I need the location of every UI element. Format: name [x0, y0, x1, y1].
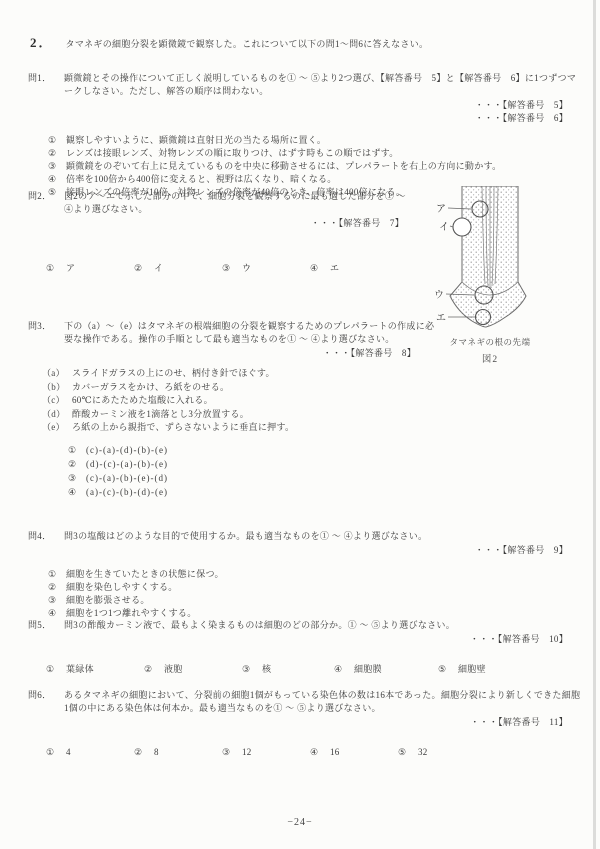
- section-intro: タマネギの細胞分裂を顕微鏡で観察した。これについて以下の問1～問6に答えなさい。: [66, 38, 429, 51]
- question-1-label: 問1．: [28, 72, 64, 98]
- choice-marker: ①: [48, 134, 66, 147]
- choice-text: (d)-(c)-(a)-(b)-(e): [86, 457, 440, 471]
- choice-marker: ③: [68, 471, 86, 485]
- question-4-label: 問4．: [28, 530, 64, 543]
- choice-row: ④倍率を100倍から400倍に変えると、視野は広くなり、暗くなる。: [48, 173, 582, 186]
- step-row: （e）ろ紙の上から親指で、ずらさないように垂直に押す。: [42, 421, 440, 435]
- section-number: 2．: [30, 36, 54, 49]
- question-5-text: 問3の酢酸カーミン液で、最もよく染まるものは細胞のどの部分か。① ～ ⑤より選び…: [64, 619, 582, 632]
- choice-text: 細胞壁: [458, 663, 486, 676]
- question-2-choices: ①ア ②イ ③ウ ④エ: [28, 262, 428, 275]
- choice-marker: ④: [310, 262, 330, 275]
- question-block-5: 問5． 問3の酢酸カーミン液で、最もよく染まるものは細胞のどの部分か。① ～ ⑤…: [28, 619, 582, 676]
- question-6-text: あるタマネギの細胞において、分裂前の細胞1個がもっている染色体の数は16本であっ…: [64, 689, 582, 715]
- choice-text: (c)-(a)-(b)-(e)-(d): [86, 471, 440, 485]
- question-block-3: 問3． 下の（a）～（e）はタマネギの根端細胞の分裂を観察するためのプレパラート…: [28, 320, 440, 499]
- answer-ref-9: ・・・【解答番号 9】: [28, 544, 582, 556]
- region-circle-e: [476, 310, 491, 325]
- question-5-label: 問5．: [28, 619, 64, 632]
- region-circle-u: [475, 286, 493, 304]
- choice-marker: ③: [222, 262, 242, 275]
- choice-row: ①葉緑体: [46, 663, 144, 676]
- choice-row: ⑤32: [398, 746, 486, 759]
- choice-row: ①細胞を生きていたときの状態に保つ。: [48, 568, 582, 581]
- figure-caption: タマネギの根の先端: [420, 336, 560, 349]
- question-2-text: 図2のア～エで示した部分の中で、細胞分裂を観察するのに最も適した部分を① ～ ④…: [64, 190, 412, 216]
- choice-text: 12: [242, 746, 252, 759]
- question-6-choices: ①4 ②8 ③12 ④16 ⑤32: [28, 746, 582, 759]
- choice-row: ①ア: [46, 262, 134, 275]
- question-3-text: 下の（a）～（e）はタマネギの根端細胞の分裂を観察するためのプレパラートの作成に…: [64, 320, 440, 346]
- choice-marker: ④: [310, 746, 330, 759]
- question-6-label: 問6．: [28, 689, 64, 715]
- figure-number: 図2: [420, 354, 560, 367]
- choice-text: 8: [154, 746, 159, 759]
- choice-marker: ②: [144, 663, 164, 676]
- step-key: （e）: [42, 421, 72, 435]
- step-row: （c）60℃にあたためた塩酸に入れる。: [42, 394, 440, 408]
- region-circle-i: [453, 218, 471, 236]
- answer-ref-11: ・・・【解答番号 11】: [28, 716, 582, 728]
- answer-ref-8: ・・・【解答番号 8】: [28, 347, 440, 359]
- choice-text: ア: [66, 262, 75, 275]
- choice-marker: ③: [222, 746, 242, 759]
- choice-row: ③核: [242, 663, 334, 676]
- choice-text: 観察しやすいように、顕微鏡は直射日光の当たる場所に置く。: [66, 134, 582, 147]
- figure-root-tip: ア イ ウ エ タマネギの根の先端 図2: [420, 186, 590, 367]
- choice-row: ④(a)-(c)-(b)-(d)-(e): [68, 485, 440, 499]
- answer-ref-5: ・・・【解答番号 5】: [28, 99, 582, 111]
- question-block-6: 問6． あるタマネギの細胞において、分裂前の細胞1個がもっている染色体の数は16…: [28, 689, 582, 759]
- choice-row: ③(c)-(a)-(b)-(e)-(d): [68, 471, 440, 485]
- question-block-1: 問1． 顕微鏡とその操作について正しく説明しているものを① ～ ⑤より2つ選び、…: [28, 72, 582, 199]
- choice-marker: ②: [48, 147, 66, 160]
- choice-row: ④細胞膜: [334, 663, 438, 676]
- question-3-label: 問3．: [28, 320, 64, 346]
- step-text: カバーガラスをかけ、ろ紙をのせる。: [72, 381, 440, 395]
- region-circle-a: [472, 201, 488, 217]
- choice-row: ③12: [222, 746, 310, 759]
- step-key: （b）: [42, 381, 72, 395]
- choice-row: ②(d)-(c)-(a)-(b)-(e): [68, 457, 440, 471]
- choice-row: ③細胞を膨張させる。: [48, 594, 582, 607]
- choice-text: 細胞を膨張させる。: [66, 594, 582, 607]
- question-4-choices: ①細胞を生きていたときの状態に保つ。 ②細胞を染色しやすくする。 ③細胞を膨張さ…: [28, 568, 582, 620]
- figure-label-a: ア: [436, 204, 446, 215]
- step-row: （b）カバーガラスをかけ、ろ紙をのせる。: [42, 381, 440, 395]
- choice-marker: ③: [242, 663, 262, 676]
- choice-text: ウ: [242, 262, 251, 275]
- choice-marker: ③: [48, 160, 66, 173]
- question-4-text: 問3の塩酸はどのような目的で使用するか。最も適当なものを① ～ ④より選びなさい…: [64, 530, 582, 543]
- choice-text: 倍率を100倍から400倍に変えると、視野は広くなり、暗くなる。: [66, 173, 582, 186]
- choice-row: ①観察しやすいように、顕微鏡は直射日光の当たる場所に置く。: [48, 134, 582, 147]
- choice-text: (a)-(c)-(b)-(d)-(e): [86, 485, 440, 499]
- choice-text: レンズは接眼レンズ、対物レンズの順に取りつけ、はずす時もこの順ではずす。: [66, 147, 582, 160]
- figure-label-i: イ: [439, 221, 449, 233]
- choice-text: 細胞膜: [354, 663, 382, 676]
- question-2-label: 問2．: [28, 190, 64, 216]
- question-3-choices: ①(c)-(a)-(d)-(b)-(e) ②(d)-(c)-(a)-(b)-(e…: [28, 443, 440, 499]
- choice-text: エ: [330, 262, 339, 275]
- choice-row: ①(c)-(a)-(d)-(b)-(e): [68, 443, 440, 457]
- step-row: （d）酢酸カーミン液を1滴落とし3分放置する。: [42, 408, 440, 422]
- choice-text: 16: [330, 746, 340, 759]
- choice-marker: ②: [68, 457, 86, 471]
- question-5-choices: ①葉緑体 ②液胞 ③核 ④細胞膜 ⑤細胞壁: [28, 663, 582, 676]
- question-block-2: 問2． 図2のア～エで示した部分の中で、細胞分裂を観察するのに最も適した部分を①…: [28, 190, 428, 275]
- scan-edge-shadow: [593, 0, 596, 849]
- answer-ref-6: ・・・【解答番号 6】: [28, 112, 582, 124]
- step-text: 酢酸カーミン液を1滴落とし3分放置する。: [72, 408, 440, 422]
- choice-row: ②8: [134, 746, 222, 759]
- question-1-text: 顕微鏡とその操作について正しく説明しているものを① ～ ⑤より2つ選び、【解答番…: [64, 72, 582, 98]
- choice-row: ④エ: [310, 262, 398, 275]
- root-diagram-svg: ア イ ウ エ: [420, 186, 590, 332]
- step-row: （a）スライドガラスの上にのせ、柄付き針でほぐす。: [42, 367, 440, 381]
- choice-marker: ①: [46, 663, 66, 676]
- step-text: スライドガラスの上にのせ、柄付き針でほぐす。: [72, 367, 440, 381]
- choice-text: 4: [66, 746, 71, 759]
- choice-text: 顕微鏡をのぞいて右上に見えているものを中央に移動させるには、プレパラートを右上の…: [66, 160, 582, 173]
- question-3-steps: （a）スライドガラスの上にのせ、柄付き針でほぐす。 （b）カバーガラスをかけ、ろ…: [28, 367, 440, 435]
- choice-text: 核: [262, 663, 271, 676]
- choice-marker: ①: [48, 568, 66, 581]
- choice-marker: ④: [48, 173, 66, 186]
- choice-text: 細胞を生きていたときの状態に保つ。: [66, 568, 582, 581]
- choice-marker: ②: [134, 746, 154, 759]
- step-key: （a）: [42, 367, 72, 381]
- choice-row: ②細胞を染色しやすくする。: [48, 581, 582, 594]
- choice-marker: ②: [48, 581, 66, 594]
- choice-marker: ④: [68, 485, 86, 499]
- choice-marker: ④: [334, 663, 354, 676]
- choice-row: ③ウ: [222, 262, 310, 275]
- step-text: ろ紙の上から親指で、ずらさないように垂直に押す。: [72, 421, 440, 435]
- section-heading: 2． タマネギの細胞分裂を顕微鏡で観察した。これについて以下の問1～問6に答えな…: [30, 36, 570, 51]
- choice-row: ②イ: [134, 262, 222, 275]
- choice-marker: ①: [46, 746, 66, 759]
- choice-row: ④16: [310, 746, 398, 759]
- choice-text: 液胞: [164, 663, 183, 676]
- step-key: （d）: [42, 408, 72, 422]
- choice-text: (c)-(a)-(d)-(b)-(e): [86, 443, 440, 457]
- question-block-4: 問4． 問3の塩酸はどのような目的で使用するか。最も適当なものを① ～ ④より選…: [28, 530, 582, 620]
- answer-ref-7: ・・・【解答番号 7】: [28, 217, 428, 229]
- choice-text: 32: [418, 746, 428, 759]
- step-text: 60℃にあたためた塩酸に入れる。: [72, 394, 440, 408]
- figure-label-u: ウ: [434, 289, 444, 301]
- step-key: （c）: [42, 394, 72, 408]
- answer-ref-10: ・・・【解答番号 10】: [28, 633, 582, 645]
- page-number: −24−: [0, 816, 600, 829]
- choice-row: ③顕微鏡をのぞいて右上に見えているものを中央に移動させるには、プレパラートを右上…: [48, 160, 582, 173]
- exam-page: 2． タマネギの細胞分裂を顕微鏡で観察した。これについて以下の問1～問6に答えな…: [0, 0, 600, 849]
- choice-marker: ①: [46, 262, 66, 275]
- choice-text: 細胞を染色しやすくする。: [66, 581, 582, 594]
- choice-row: ②液胞: [144, 663, 242, 676]
- choice-marker: ③: [48, 594, 66, 607]
- choice-marker: ②: [134, 262, 154, 275]
- choice-row: ①4: [46, 746, 134, 759]
- choice-text: 葉緑体: [66, 663, 94, 676]
- choice-marker: ⑤: [398, 746, 418, 759]
- choice-row: ②レンズは接眼レンズ、対物レンズの順に取りつけ、はずす時もこの順ではずす。: [48, 147, 582, 160]
- choice-row: ⑤細胞壁: [438, 663, 542, 676]
- choice-text: イ: [154, 262, 163, 275]
- choice-marker: ①: [68, 443, 86, 457]
- choice-marker: ⑤: [438, 663, 458, 676]
